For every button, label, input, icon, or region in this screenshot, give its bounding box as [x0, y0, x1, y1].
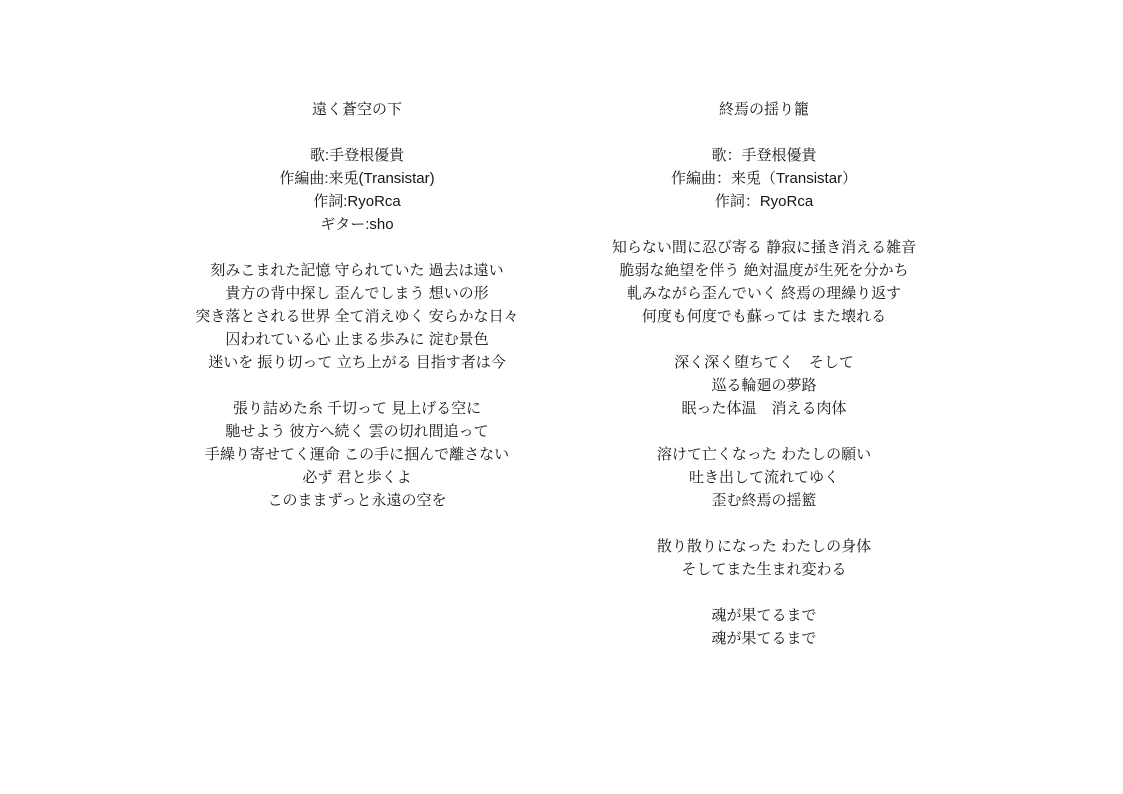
blank-line — [92, 236, 622, 259]
blank-line — [599, 328, 929, 351]
credit-line: 作詞:RyoRca — [92, 190, 622, 213]
blank-line — [599, 420, 929, 443]
lyric-line: 眠った体温 消える肉体 — [599, 397, 929, 420]
lyric-line: 散り散りになった わたしの身体 — [599, 535, 929, 558]
lyric-line: 軋みながら歪んでいく 終焉の理繰り返す — [599, 282, 929, 305]
song-lyrics-right: 知らない間に忍び寄る 静寂に掻き消える雑音脆弱な絶望を伴う 絶対温度が生死を分か… — [599, 213, 929, 650]
lyrics-document-page: 遠く蒼空の下 歌:手登根優貴作編曲:来兎(Transistar)作詞:RyoRc… — [0, 0, 1123, 794]
credit-line: 歌：手登根優貴 — [599, 144, 929, 167]
credit-line: 作詞：RyoRca — [599, 190, 929, 213]
lyric-line: 魂が果てるまで — [599, 604, 929, 627]
blank-line — [599, 121, 929, 144]
song-title-right: 終焉の揺り籠 — [599, 98, 929, 121]
lyric-line: 知らない間に忍び寄る 静寂に掻き消える雑音 — [599, 236, 929, 259]
lyric-line: 必ず 君と歩くよ — [92, 466, 622, 489]
lyric-line: 張り詰めた糸 千切って 見上げる空に — [92, 397, 622, 420]
lyric-line: 何度も何度でも蘇っては また壊れる — [599, 305, 929, 328]
lyric-line: 手繰り寄せてく運命 この手に掴んで離さない — [92, 443, 622, 466]
blank-line — [599, 512, 929, 535]
credit-line: ギター:sho — [92, 213, 622, 236]
blank-line — [92, 121, 622, 144]
lyric-line: 突き落とされる世界 全て消えゆく 安らかな日々 — [92, 305, 622, 328]
credit-line: 作編曲:来兎(Transistar) — [92, 167, 622, 190]
credit-line: 作編曲：来兎（Transistar） — [599, 167, 929, 190]
blank-line — [92, 374, 622, 397]
blank-line — [599, 581, 929, 604]
lyric-line: 脆弱な絶望を伴う 絶対温度が生死を分かち — [599, 259, 929, 282]
lyric-line: 刻みこまれた記憶 守られていた 過去は遠い — [92, 259, 622, 282]
song-column-left: 遠く蒼空の下 歌:手登根優貴作編曲:来兎(Transistar)作詞:RyoRc… — [92, 98, 622, 512]
song-credits-left: 歌:手登根優貴作編曲:来兎(Transistar)作詞:RyoRcaギター:sh… — [92, 144, 622, 236]
lyric-line: 吐き出して流れてゆく — [599, 466, 929, 489]
lyric-line: このままずっと永遠の空を — [92, 489, 622, 512]
lyric-line: 貴方の背中探し 歪んでしまう 想いの形 — [92, 282, 622, 305]
lyric-line: 深く深く堕ちてく そして — [599, 351, 929, 374]
song-column-right: 終焉の揺り籠 歌：手登根優貴作編曲：来兎（Transistar）作詞：RyoRc… — [599, 98, 929, 650]
lyric-line: 溶けて亡くなった わたしの願い — [599, 443, 929, 466]
lyric-line: 迷いを 振り切って 立ち上がる 目指す者は今 — [92, 351, 622, 374]
lyric-line: 魂が果てるまで — [599, 627, 929, 650]
lyric-line: 巡る輪廻の夢路 — [599, 374, 929, 397]
lyric-line: そしてまた生まれ変わる — [599, 558, 929, 581]
lyric-line: 歪む終焉の揺籃 — [599, 489, 929, 512]
blank-line — [599, 213, 929, 236]
lyric-line: 囚われている心 止まる歩みに 淀む景色 — [92, 328, 622, 351]
credit-line: 歌:手登根優貴 — [92, 144, 622, 167]
song-lyrics-left: 刻みこまれた記憶 守られていた 過去は遠い貴方の背中探し 歪んでしまう 想いの形… — [92, 236, 622, 512]
song-credits-right: 歌：手登根優貴作編曲：来兎（Transistar）作詞：RyoRca — [599, 144, 929, 213]
lyric-line: 馳せよう 彼方へ続く 雲の切れ間追って — [92, 420, 622, 443]
song-title-left: 遠く蒼空の下 — [92, 98, 622, 121]
